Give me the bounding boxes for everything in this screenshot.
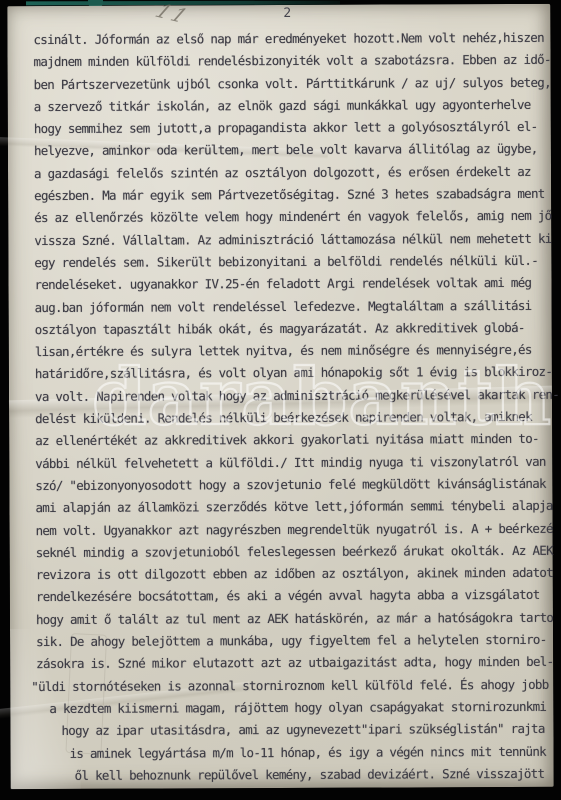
text-line: helyezve, aminkor oda kerültem, mert bel…: [34, 138, 546, 163]
text-line: és az ellenőrzés közölte velem hogy mind…: [34, 205, 546, 230]
text-line: zásokra is. Szné mikor elutazott azt az …: [36, 651, 548, 676]
text-line: ben Pártszervezetünk ujból csonka volt. …: [34, 71, 546, 96]
text-line: csinált. Jóformán az első nap már eredmé…: [33, 27, 545, 52]
text-line: "üldi stornótéseken is azonnal storniroz…: [31, 673, 548, 698]
text-line: lisan,értékre és sulyra lettek nyitva, é…: [35, 339, 547, 364]
text-line: ől kell behoznunk repülővel kemény, szab…: [75, 763, 549, 787]
text-line: osztályon tapasztált hibák okát, és magy…: [35, 317, 547, 342]
typewritten-text: csinált. Jóformán az első nap már eredmé…: [33, 27, 548, 787]
text-line: határidőre,szállitásra, és volt olyan am…: [35, 361, 547, 386]
text-line: hogy az ipar utasitásdra, ami az ugyneve…: [61, 718, 548, 742]
text-line: sik. De ahogy belejöttem a munkába, ugy …: [36, 629, 548, 654]
text-line: a szervező titkár iskolán, az elnök gazd…: [34, 94, 546, 119]
text-line: vissza Szné. Vállaltam. Az adminisztráci…: [34, 228, 546, 253]
text-line: delést kiküldeni. Rendelés nélküli beérk…: [35, 406, 547, 431]
text-line: az ellenértékét az akkreditivek akkori g…: [35, 428, 547, 453]
text-line: is aminek legyártása m/m lo-11 hónap, és…: [70, 740, 549, 764]
text-line: a kezdtem kiismerni magam, rájöttem hogy…: [49, 696, 548, 720]
text-line: egészben. Ma már egyik sem Pártvezetőség…: [34, 183, 546, 208]
text-line: revizora is ott dilgozott ebben az időbe…: [36, 562, 548, 587]
text-line: rendelkezésére bocsátottam, és aki a vég…: [36, 584, 548, 609]
document-page: 11 2 csinált. Jóformán az első nap már e…: [7, 4, 553, 789]
text-line: majdnem minden külföldi rendelésbizonyit…: [33, 49, 545, 74]
text-line: seknél mindig a szovjetunioból feleslege…: [36, 540, 548, 565]
text-line: a gazdasági felelős szintén az osztályon…: [34, 161, 546, 186]
auction-photo: 11 2 csinált. Jóformán az első nap már e…: [0, 0, 561, 800]
text-line: aug.ban jóformán nem volt rendeléssel le…: [35, 294, 547, 319]
text-line: rendeléseket. ugyanakkor IV.25-én felado…: [34, 272, 546, 297]
text-line: nem volt. Ugyanakkor azt nagyrészben meg…: [36, 517, 548, 542]
page-number: 2: [283, 6, 291, 21]
text-line: va volt. Napirenden voltak hogy az admin…: [35, 384, 547, 409]
text-line: vábbi nélkül felvehetett a külföldi./ It…: [35, 450, 547, 475]
text-line: egy rendelés sem. Sikerült bebizonyitani…: [34, 250, 546, 275]
text-line: szó/ "ebizonyonyosodott hogy a szovjetun…: [35, 473, 547, 498]
text-line: ami alapján az államközi szerződés kötve…: [35, 495, 547, 520]
text-line: hogy semmihez sem jutott,a propagandista…: [34, 116, 546, 141]
text-line: hogy amit ő talált az tul ment az AEK ha…: [36, 607, 548, 632]
